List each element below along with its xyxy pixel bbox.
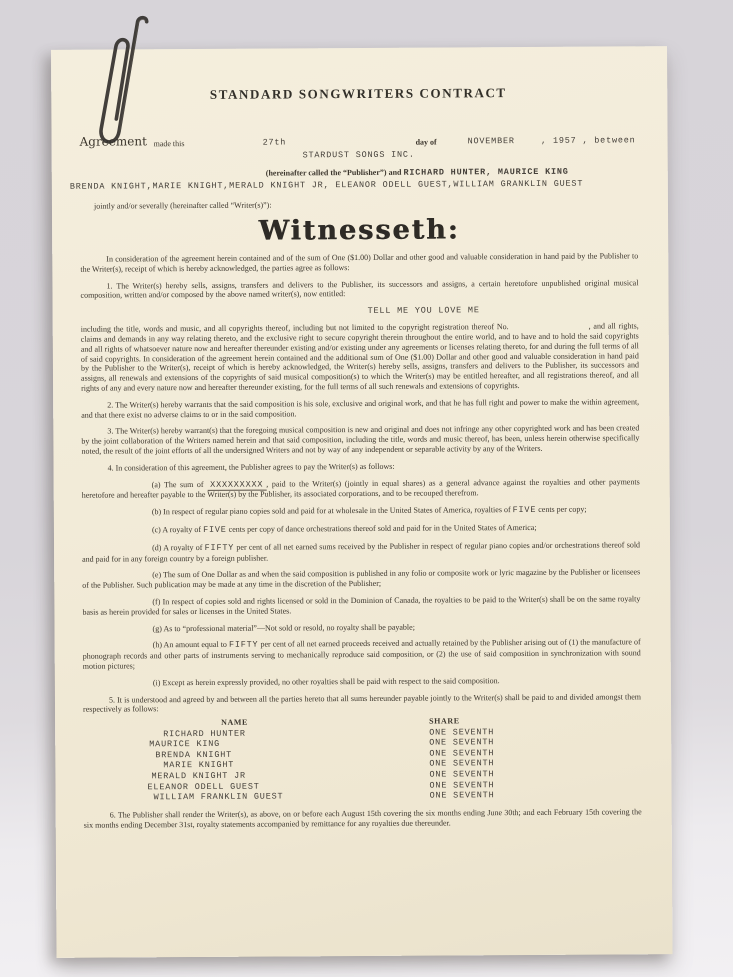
subclause-a-fill: XXXXXXXXX [207, 479, 266, 490]
writers-line2: BRENDA KNIGHT,MARIE KNIGHT,MERALD KNIGHT… [70, 178, 638, 191]
writer-name: WILLIAM FRANKLIN GUEST [84, 791, 430, 804]
writer-share: ONE SEVENTH [429, 737, 494, 748]
clause-3-paragraph: 3. The Writer(s) hereby warrant(s) that … [81, 424, 639, 457]
subclause-c-prefix: (c) A royalty of [152, 525, 203, 534]
publisher-name: STARDUST SONGS INC. [80, 148, 638, 161]
writer-share: ONE SEVENTH [430, 790, 495, 801]
day-value: 27th [263, 137, 287, 147]
subclause-a-paragraph: (a) The sum of XXXXXXXXX, paid to the Wr… [82, 477, 640, 501]
intro-paragraph: In consideration of the agreement herein… [80, 251, 638, 274]
writer-share: ONE SEVENTH [429, 769, 494, 780]
subclause-c-suffix: cents per copy of dance orchestrations t… [227, 523, 537, 534]
writer-share: ONE SEVENTH [429, 727, 494, 738]
clause-1-paragraph: 1. The Writer(s) hereby sells, assigns, … [80, 278, 638, 301]
copyright-paragraph: including the title, words and music, an… [81, 321, 639, 393]
subclause-b-fill: FIVE [513, 505, 537, 515]
paperclip [92, 14, 162, 174]
subclause-g-paragraph: (g) As to “professional material”—Not so… [83, 621, 641, 634]
subclause-d-prefix: (d) A royalty of [152, 543, 205, 552]
writers-line1: RICHARD HUNTER, MAURICE KING [403, 167, 568, 178]
writer-share: ONE SEVENTH [429, 780, 494, 791]
contract-page: STANDARD SONGWRITERS CONTRACT Agreement … [51, 46, 673, 958]
month-value: NOVEMBER [468, 136, 515, 146]
year-value: , 1957 , between [541, 135, 635, 146]
subclause-i-paragraph: (i) Except as herein expressly provided,… [83, 675, 641, 688]
subclause-c-fill: FIVE [203, 525, 227, 535]
subclause-b-paragraph: (b) In respect of regular piano copies s… [82, 504, 640, 518]
writer-share: ONE SEVENTH [429, 748, 494, 759]
subclause-h-fill: FIFTY [229, 640, 259, 650]
subclause-h-paragraph: (h) An amount equal to FIFTY per cent of… [83, 638, 641, 672]
page-title: STANDARD SONGWRITERS CONTRACT [79, 84, 637, 103]
clause-6-paragraph: 6. The Publisher shall render the Writer… [84, 807, 642, 830]
share-column-header: SHARE [429, 716, 460, 727]
hereinafter-publisher-line: (hereinafter called the “Publisher”) and… [266, 166, 638, 178]
subclause-c-paragraph: (c) A royalty of FIVE cents per copy of … [82, 522, 640, 536]
clause-4-paragraph: 4. In consideration of this agreement, t… [82, 460, 640, 473]
jointly-severally-line: jointly and/or severally (hereinafter ca… [80, 198, 638, 210]
subclause-b-suffix: cents per copy; [536, 505, 586, 514]
subclause-d-paragraph: (d) A royalty of FIFTY per cent of all n… [82, 540, 640, 564]
hereinafter-publisher-label: (hereinafter called the “Publisher”) and [266, 168, 402, 178]
subclause-a-prefix: (a) The sum of [152, 479, 208, 488]
witnesseth-heading: Witnesseth: [80, 213, 638, 247]
subclause-d-fill: FIFTY [205, 543, 235, 553]
day-of-label: day of [416, 138, 437, 147]
clause-5-paragraph: 5. It is understood and agreed by and be… [83, 692, 641, 715]
photo-background: STANDARD SONGWRITERS CONTRACT Agreement … [0, 0, 733, 977]
table-row: WILLIAM FRANKLIN GUEST ONE SEVENTH [84, 790, 642, 804]
subclause-h-prefix: (h) An amount equal to [153, 640, 229, 649]
song-title: TELL ME YOU LOVE ME [368, 304, 639, 316]
subclause-f-paragraph: (f) In respect of copies sold and rights… [82, 594, 640, 617]
agreement-date-line: Agreement made this 27th day of NOVEMBER… [80, 129, 638, 148]
subclause-e-paragraph: (e) The sum of One Dollar as and when th… [82, 568, 640, 591]
writer-share: ONE SEVENTH [429, 759, 494, 770]
writers-share-table: NAME SHARE RICHARD HUNTER ONE SEVENTH MA… [83, 715, 642, 803]
clause-2-paragraph: 2. The Writer(s) hereby warrants that th… [81, 397, 639, 420]
subclause-b-prefix: (b) In respect of regular piano copies s… [152, 505, 513, 516]
